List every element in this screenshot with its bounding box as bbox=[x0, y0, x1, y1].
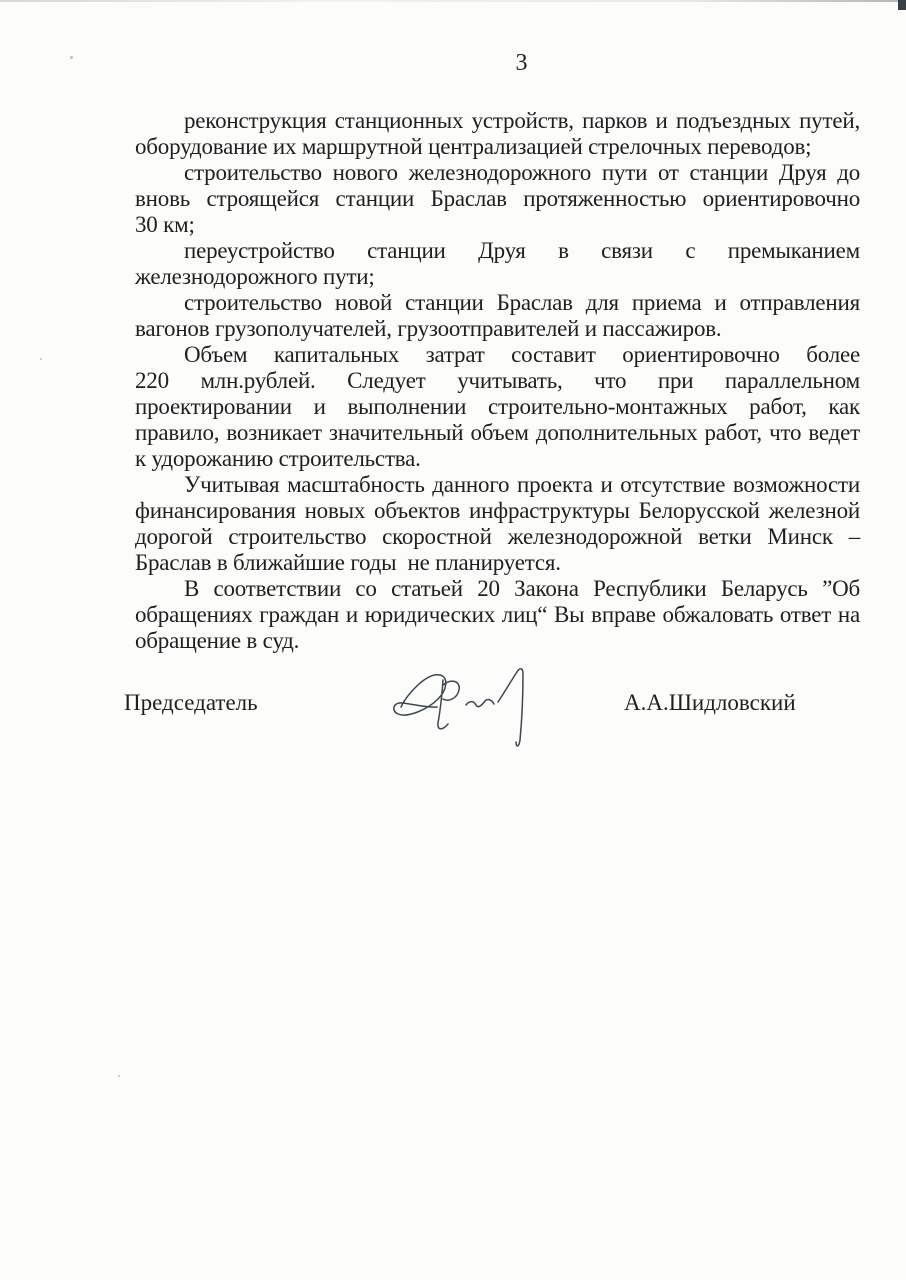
text-line: правило, возникает значительный объем до… bbox=[135, 420, 860, 446]
scan-speck bbox=[40, 358, 42, 360]
text-line: к удорожанию строительства. bbox=[135, 446, 860, 472]
document-body: реконструкция станционных устройств, пар… bbox=[135, 108, 860, 654]
document-page: 3 реконструкция станционных устройств, п… bbox=[0, 0, 906, 1280]
text-line: дорогой строительство скоростной железно… bbox=[135, 524, 860, 550]
text-line: вагонов грузополучателей, грузоотправите… bbox=[135, 316, 860, 342]
text-line: Учитывая масштабность данного проекта и … bbox=[135, 472, 860, 498]
text-line: железнодорожного пути; bbox=[135, 264, 860, 290]
text-line: Браслав в ближайшие годы не планируется. bbox=[135, 550, 860, 576]
text-line: 30 км; bbox=[135, 212, 860, 238]
text-line: строительство новой станции Браслав для … bbox=[135, 290, 860, 316]
signatory-title: Председатель bbox=[124, 690, 258, 716]
page-number: 3 bbox=[159, 50, 884, 76]
paragraph: переустройство станции Друя в связи с пр… bbox=[135, 238, 860, 290]
scan-speck bbox=[70, 56, 73, 59]
paragraph: Объем капитальных затрат составит ориент… bbox=[135, 342, 860, 472]
handwritten-signature-icon bbox=[383, 650, 543, 755]
text-line: Объем капитальных затрат составит ориент… bbox=[135, 342, 860, 368]
paragraph: строительство новой станции Браслав для … bbox=[135, 290, 860, 342]
text-line: финансирования новых объектов инфраструк… bbox=[135, 498, 860, 524]
paragraph: Учитывая масштабность данного проекта и … bbox=[135, 472, 860, 576]
text-line: В соответствии со статьей 20 Закона Респ… bbox=[135, 576, 860, 602]
signatory-name: А.А.Шидловский bbox=[624, 690, 796, 716]
paragraph: строительство нового железнодорожного пу… bbox=[135, 160, 860, 238]
text-line: оборудование их маршрутной централизацие… bbox=[135, 134, 860, 160]
text-line: 220 млн.рублей. Следует учитывать, что п… bbox=[135, 368, 860, 394]
text-line: вновь строящейся станции Браслав протяже… bbox=[135, 186, 860, 212]
paragraph: реконструкция станционных устройств, пар… bbox=[135, 108, 860, 160]
paragraph: В соответствии со статьей 20 Закона Респ… bbox=[135, 576, 860, 654]
text-line: переустройство станции Друя в связи с пр… bbox=[135, 238, 860, 264]
text-line: реконструкция станционных устройств, пар… bbox=[135, 108, 860, 134]
text-line: обращениях граждан и юридических лиц“ Вы… bbox=[135, 602, 860, 628]
scan-corner-mark bbox=[898, 0, 906, 10]
scan-speck bbox=[118, 1075, 120, 1077]
text-line: проектировании и выполнении строительно-… bbox=[135, 394, 860, 420]
scan-edge-line bbox=[0, 0, 906, 2]
text-line: строительство нового железнодорожного пу… bbox=[135, 160, 860, 186]
